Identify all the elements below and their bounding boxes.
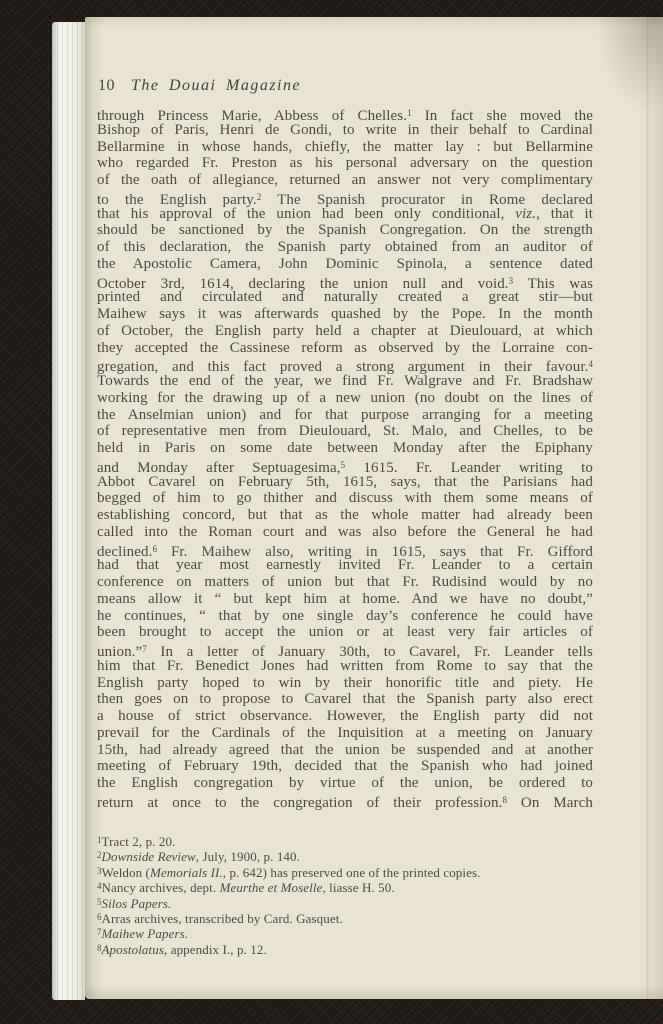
footnote-ref: 8	[502, 795, 507, 805]
footnote-ref: 6	[152, 544, 157, 554]
text-line: they accepted the Cassinese reform as ob…	[97, 340, 593, 357]
footnotes: 1Tract 2, p. 20.2Downside Review, July, …	[97, 833, 597, 956]
text-line: gregation, and this fact proved a strong…	[97, 356, 593, 373]
italic-text: Maihew Papers.	[102, 926, 189, 941]
text-line: he continues, “ that by one single day’s…	[97, 608, 593, 625]
italic-text: Silos Papers.	[102, 896, 172, 911]
text-line: working for the drawing up of a new unio…	[97, 390, 593, 407]
text-line: English party hoped to win by their hono…	[97, 675, 593, 692]
text-line: been brought to accept the union or at l…	[97, 624, 593, 641]
text-line: then goes on to propose to Cavarel that …	[97, 691, 593, 708]
footnote-line: 1Tract 2, p. 20.	[97, 833, 597, 848]
page-number: 10	[98, 77, 115, 94]
text-line: of representative men from Dieulouard, S…	[97, 423, 593, 440]
text-line: return at once to the congregation of th…	[97, 792, 593, 809]
text-line: declined.6 Fr. Maihew also, writing in 1…	[97, 541, 593, 558]
italic-text: Apostolatus	[102, 942, 165, 957]
text-line: establishing concord, but that as the wh…	[97, 507, 593, 524]
footnote-line: 3Weldon (Memorials II., p. 642) has pres…	[97, 864, 597, 879]
text-line: October 3rd, 1614, declaring the union n…	[97, 273, 593, 290]
text-line: union.”7 In a letter of January 30th, to…	[97, 641, 593, 658]
text-line: the English congregation by virtue of th…	[97, 775, 593, 792]
footnote-ref: 6	[97, 912, 102, 922]
italic-text: viz.	[515, 206, 536, 222]
footnote-line: 4Nancy archives, dept. Meurthe et Mosell…	[97, 879, 597, 894]
text-line: means allow it “ but kept him at home. A…	[97, 591, 593, 608]
text-line: held in Paris on some date between Monda…	[97, 440, 593, 457]
footnote-ref: 5	[341, 460, 346, 470]
text-line: who regarded Fr. Preston as his personal…	[97, 155, 593, 172]
text-line: that his approval of the union had been …	[97, 206, 593, 223]
footnote-ref: 1	[97, 835, 102, 845]
body-text: through Princess Marie, Abbess of Chelle…	[97, 105, 593, 809]
running-head: 10The Douai Magazine	[98, 77, 594, 95]
text-line: prevail for the Cardinals of the Inquisi…	[97, 725, 593, 742]
footnote-line: 6Arras archives, transcribed by Card. Ga…	[97, 910, 597, 925]
text-line: begged of him to go thither and discuss …	[97, 490, 593, 507]
italic-text: Downside Review	[102, 849, 196, 864]
text-line: Towards the end of the year, we find Fr.…	[97, 373, 593, 390]
footnote-line: 8Apostolatus, appendix I., p. 12.	[97, 941, 597, 956]
footnote-line: 2Downside Review, July, 1900, p. 140.	[97, 848, 597, 863]
footnote-ref: 4	[97, 881, 102, 891]
text-line: him that Fr. Benedict Jones had written …	[97, 658, 593, 675]
magazine-title: The Douai Magazine	[131, 77, 301, 94]
text-line: printed and circulated and naturally cre…	[97, 289, 593, 306]
italic-text: Meurthe et Moselle	[220, 880, 323, 895]
text-line: the Apostolic Camera, John Dominic Spino…	[97, 256, 593, 273]
text-line: a house of strict observance. However, t…	[97, 708, 593, 725]
text-line: the Anselmian union) and for that purpos…	[97, 407, 593, 424]
book-page: 10The Douai Magazine through Princess Ma…	[85, 17, 663, 999]
footnote-ref: 7	[142, 644, 147, 654]
italic-text: Memorials II.	[150, 865, 223, 880]
page-crease	[646, 17, 649, 999]
footnote-ref: 3	[509, 276, 514, 286]
text-line: Bellarmine in whose hands, chiefly, the …	[97, 139, 593, 156]
footnote-ref: 4	[589, 359, 594, 369]
footnote-ref: 2	[257, 192, 262, 202]
text-line: meeting of February 19th, decided that t…	[97, 758, 593, 775]
text-line: and Monday after Septuagesima,5 1615. Fr…	[97, 457, 593, 474]
text-line: through Princess Marie, Abbess of Chelle…	[97, 105, 593, 122]
text-line: Abbot Cavarel on February 5th, 1615, say…	[97, 474, 593, 491]
text-line: 15th, had already agreed that the union …	[97, 742, 593, 759]
text-line: of the oath of allegiance, returned an a…	[97, 172, 593, 189]
text-line: called into the Roman court and was also…	[97, 524, 593, 541]
text-line: should be sanctioned by the Spanish Cong…	[97, 222, 593, 239]
footnote-ref: 1	[407, 108, 412, 118]
page-edge-stack	[52, 22, 85, 1000]
footnote-line: 5Silos Papers.	[97, 895, 597, 910]
footnote-ref: 3	[97, 866, 102, 876]
text-line: had that year most earnestly invited Fr.…	[97, 557, 593, 574]
footnote-line: 7Maihew Papers.	[97, 925, 597, 940]
text-line: Maihew says it was afterwards quashed by…	[97, 306, 593, 323]
text-line: conference on matters of union but that …	[97, 574, 593, 591]
text-line: Bishop of Paris, Henri de Gondi, to writ…	[97, 122, 593, 139]
text-line: to the English party.2 The Spanish procu…	[97, 189, 593, 206]
text-line: of October, the English party held a cha…	[97, 323, 593, 340]
text-line: of this declaration, the Spanish party o…	[97, 239, 593, 256]
